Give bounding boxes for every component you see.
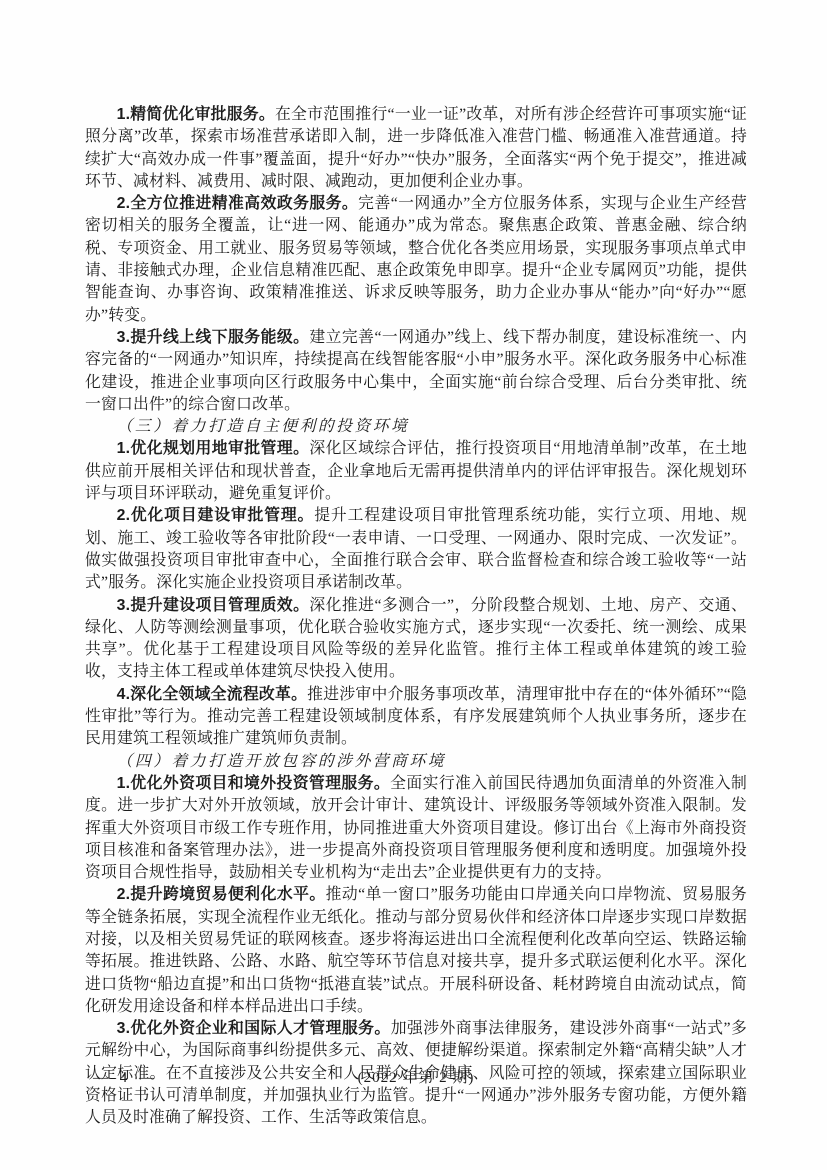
- document-body: 1.精简优化审批服务。在全市范围推行“一业一证”改革，对所有涉企经营许可事项实施…: [85, 104, 747, 1130]
- paragraph-lead: 4.深化全领域全流程改革。: [117, 686, 308, 703]
- paragraph-lead: 2.全方位推进精准高效政务服务。: [117, 195, 359, 212]
- section-heading: （四）着力打造开放包容的涉外营商环境: [85, 751, 747, 773]
- paragraph-lead: 1.精简优化审批服务。: [117, 106, 275, 123]
- issue-label: (2022 年第 2 期): [358, 1066, 475, 1090]
- paragraph: 2.提升跨境贸易便利化水平。推动“单一窗口”服务功能由口岸通关向口岸物流、贸易服…: [85, 884, 747, 1018]
- paragraph-lead: 1.优化规划用地审批管理。: [117, 440, 310, 457]
- document-page: 1.精简优化审批服务。在全市范围推行“一业一证”改革，对所有涉企经营许可事项实施…: [0, 0, 827, 1170]
- section-heading: （三）着力打造自主便利的投资环境: [85, 416, 747, 438]
- paragraph: 1.优化规划用地审批管理。深化区域综合评估，推行投资项目“用地清单制”改革，在土…: [85, 438, 747, 505]
- paragraph-lead: 2.提升跨境贸易便利化水平。: [117, 886, 326, 903]
- paragraph: 2.优化项目建设审批管理。提升工程建设项目审批管理系统功能，实行立项、用地、规划…: [85, 505, 747, 594]
- paragraph: 3.提升建设项目管理质效。深化推进“多测合一”，分阶段整合规划、土地、房产、交通…: [85, 595, 747, 684]
- paragraph: 1.优化外资项目和境外投资管理服务。全面实行准入前国民待遇加负面清单的外资准入制…: [85, 773, 747, 884]
- paragraph-lead: 3.优化外资企业和国际人才管理服务。: [117, 1020, 391, 1037]
- paragraph-text: 完善“一网通办”全方位服务体系，实现与企业生产经营密切相关的服务全覆盖，让“进一…: [85, 195, 747, 323]
- paragraph: 4.深化全领域全流程改革。推进涉审中介服务事项改革，清理审批中存在的“体外循环”…: [85, 684, 747, 751]
- paragraph-lead: 1.优化外资项目和境外投资管理服务。: [117, 775, 391, 792]
- paragraph-lead: 3.提升线上线下服务能级。: [117, 329, 310, 346]
- page-number: — 4 —: [93, 1066, 158, 1090]
- page-footer: — 4 — (2022 年第 2 期): [85, 1066, 747, 1090]
- paragraph-text: 推动“单一窗口”服务功能由口岸通关向口岸物流、贸易服务等全链条拓展，实现全流程作…: [85, 886, 747, 1014]
- paragraph: 3.提升线上线下服务能级。建立完善“一网通办”线上、线下帮办制度，建设标准统一、…: [85, 327, 747, 416]
- paragraph-lead: 3.提升建设项目管理质效。: [117, 597, 310, 614]
- paragraph-lead: 2.优化项目建设审批管理。: [117, 507, 315, 524]
- paragraph: 1.精简优化审批服务。在全市范围推行“一业一证”改革，对所有涉企经营许可事项实施…: [85, 104, 747, 193]
- paragraph: 2.全方位推进精准高效政务服务。完善“一网通办”全方位服务体系，实现与企业生产经…: [85, 193, 747, 327]
